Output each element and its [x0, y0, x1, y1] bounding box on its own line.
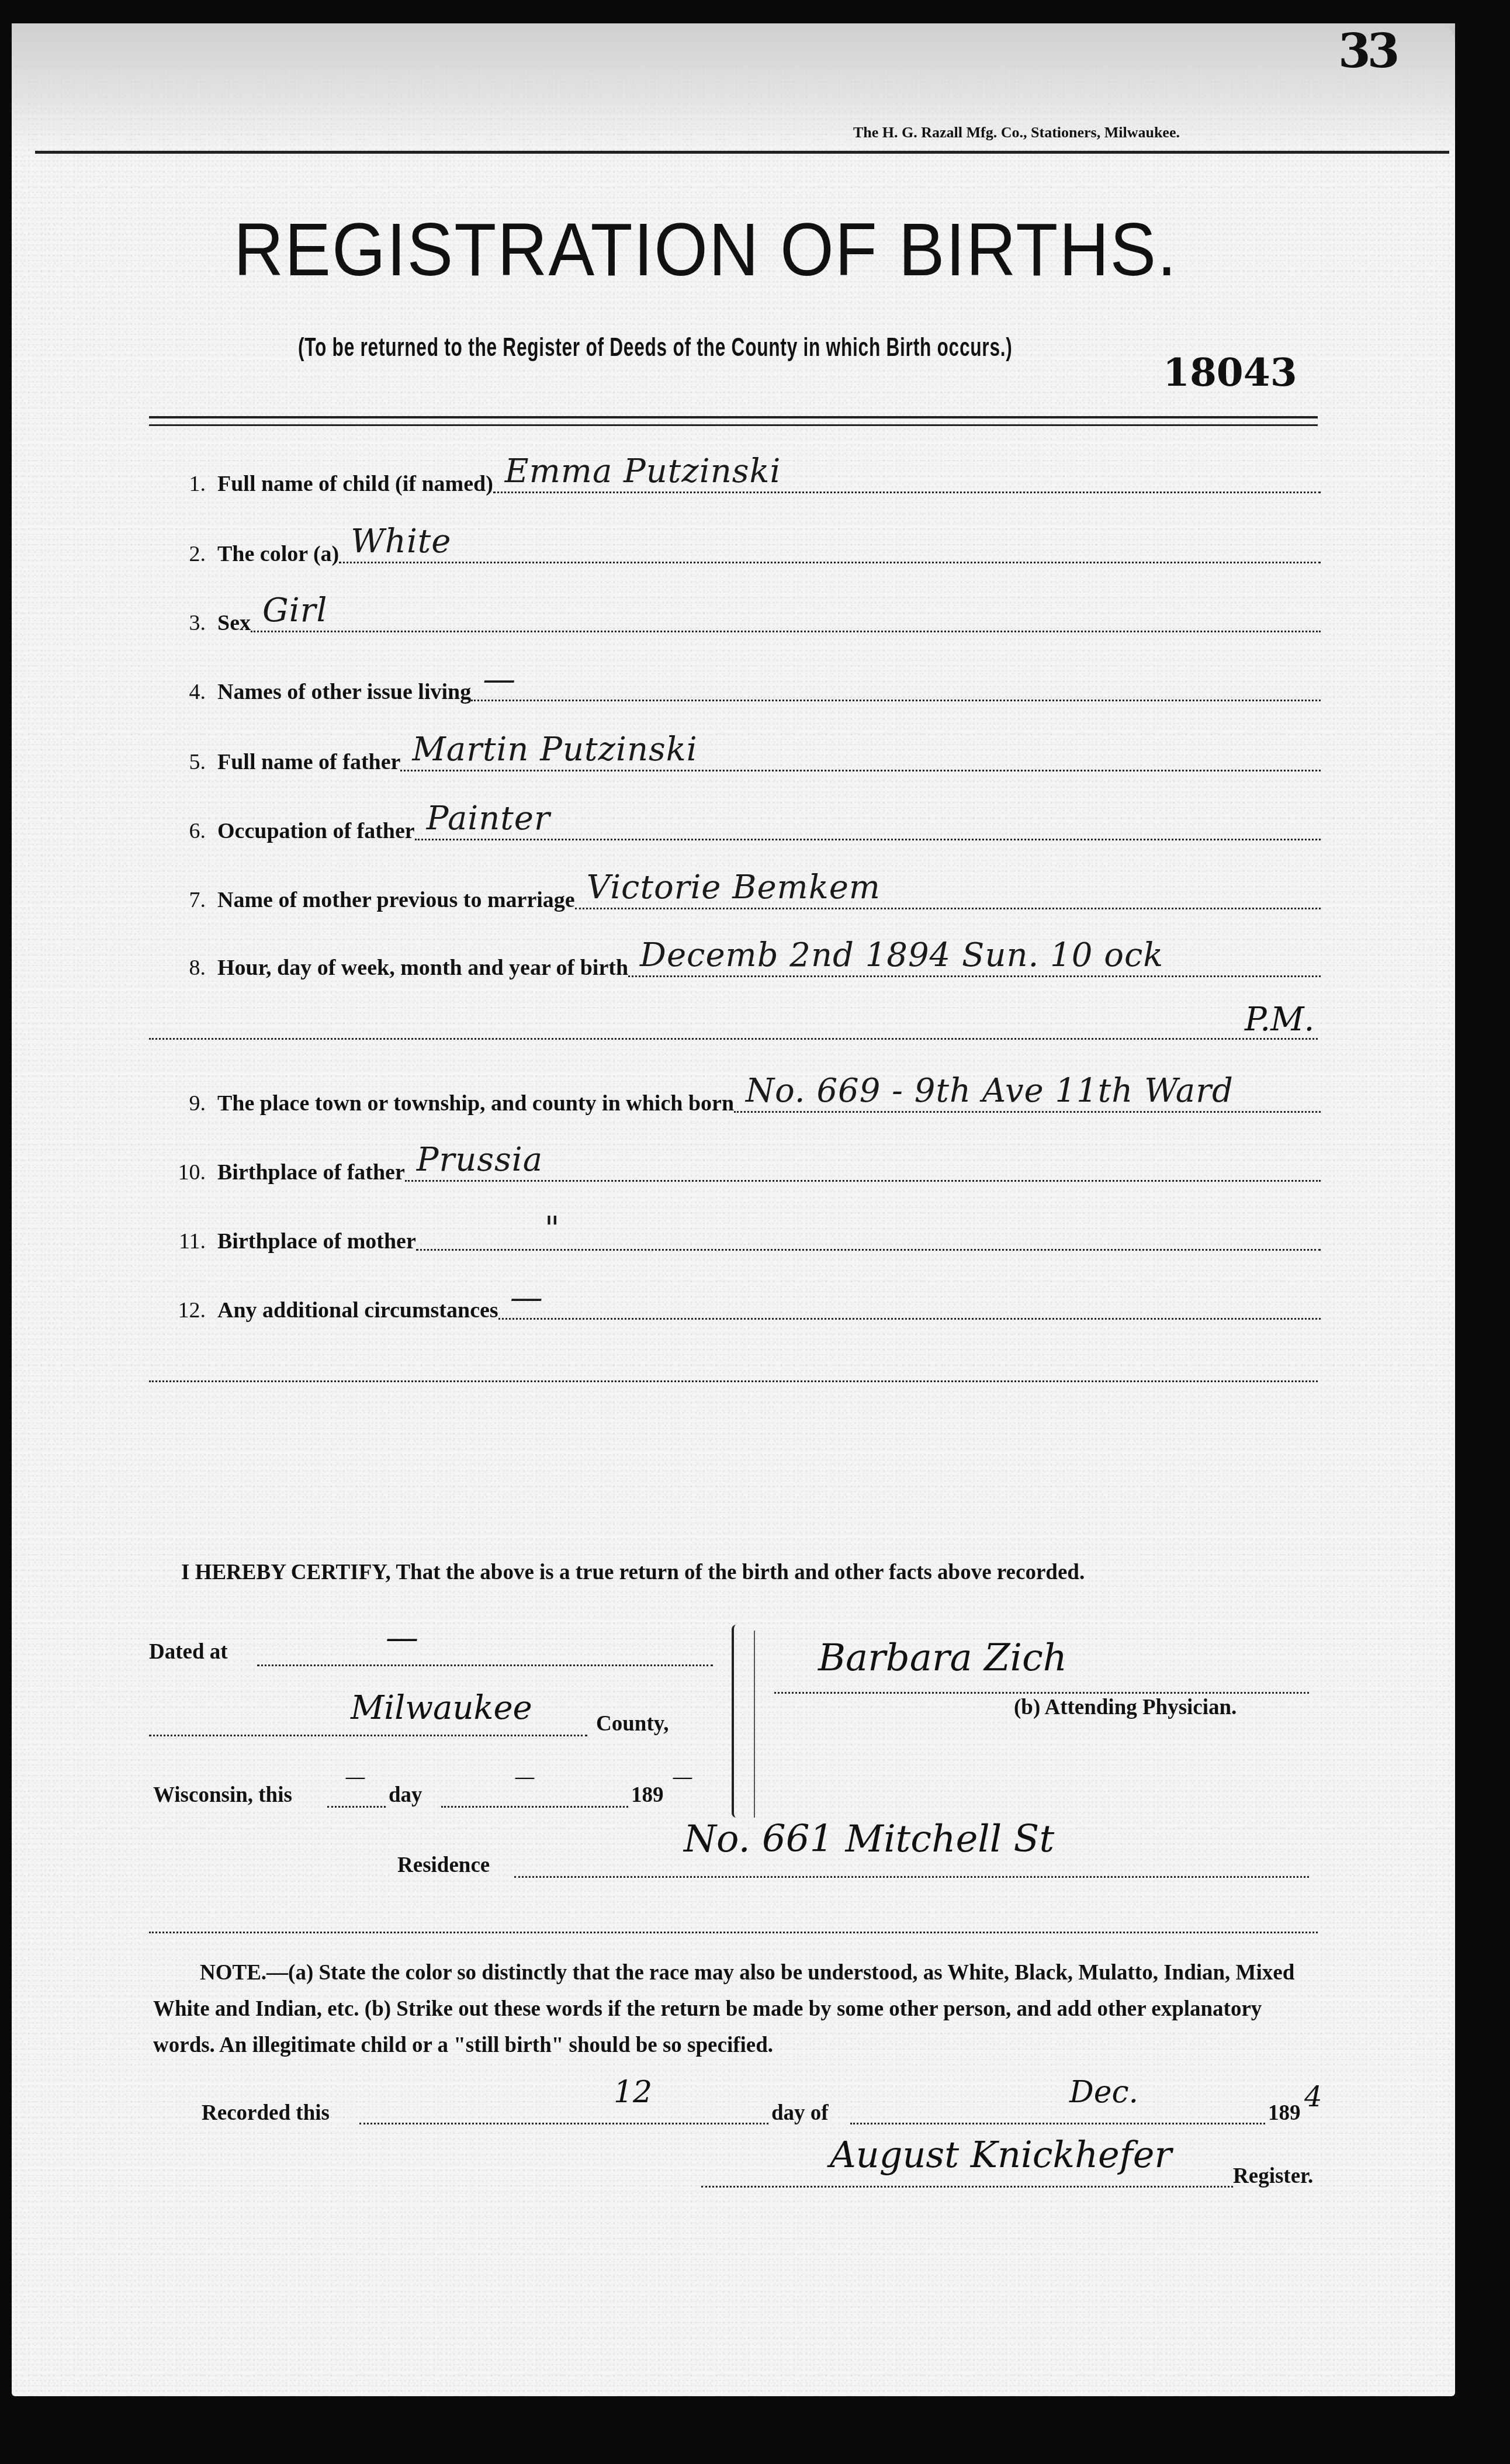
field-value: Victorie Bemkem — [587, 868, 881, 906]
field-father-birthplace: 10. Birthplace of father Prussia — [158, 1150, 1321, 1185]
field-number: 11. — [158, 1228, 217, 1254]
field-label: Sex — [217, 610, 251, 636]
field-value: Martin Putzinski — [412, 731, 697, 769]
field-sex: 3. Sex Girl — [158, 601, 1321, 636]
day-line — [327, 1806, 386, 1808]
physician-signature: Barbara Zich — [818, 1636, 1067, 1680]
form-title: REGISTRATION OF BIRTHS. — [234, 207, 1177, 293]
wisconsin-label: Wisconsin, this — [153, 1783, 292, 1808]
field-color: 2. The color (a) White — [158, 532, 1321, 567]
title-rule-2 — [149, 424, 1318, 426]
field-value: — — [483, 660, 516, 698]
field-value: Decemb 2nd 1894 Sun. 10 ock — [640, 936, 1163, 974]
field-child-name: 1. Full name of child (if named) Emma Pu… — [158, 462, 1321, 497]
residence-label: Residence — [397, 1853, 490, 1878]
field-value: " — [545, 1210, 560, 1248]
field-father-occupation: 6. Occupation of father Painter — [158, 809, 1321, 844]
field-label: Hour, day of week, month and year of bir… — [217, 955, 628, 981]
page-number: 33 — [1338, 23, 1396, 78]
field-number: 7. — [158, 887, 217, 913]
field-label: Full name of father — [217, 749, 400, 775]
day-value: — — [345, 1765, 366, 1789]
year-suffix: — — [672, 1765, 693, 1789]
county-line — [149, 1735, 587, 1736]
brace — [732, 1625, 742, 1818]
field-label: Full name of child (if named) — [217, 471, 493, 497]
form-subtitle: (To be returned to the Register of Deeds… — [298, 333, 1013, 362]
field-number: 6. — [158, 818, 217, 844]
certificate-number: 18043 — [1163, 349, 1297, 395]
header-rule — [35, 151, 1449, 154]
field-value: No. 669 - 9th Ave 11th Ward — [746, 1072, 1234, 1110]
dated-at-value: — — [386, 1619, 418, 1657]
county-value: Milwaukee — [351, 1689, 532, 1727]
residence-value: No. 661 Mitchell St — [684, 1818, 1054, 1861]
additional-circumstances-line — [149, 1380, 1318, 1382]
month-value: — — [514, 1765, 535, 1789]
residence-line — [514, 1876, 1309, 1878]
day-of-label: day of — [771, 2100, 829, 2126]
register-signature-line — [701, 2186, 1233, 2188]
dated-at-line — [257, 1664, 713, 1666]
field-number: 9. — [158, 1091, 217, 1116]
field-number: 1. — [158, 471, 217, 497]
field-value: Emma Putzinski — [505, 452, 781, 490]
year-prefix: 189 — [631, 1783, 664, 1808]
field-number: 10. — [158, 1160, 217, 1185]
physician-signature-line — [774, 1692, 1309, 1694]
birth-time-continuation: P.M. — [1245, 1001, 1314, 1039]
scan-shadow — [12, 23, 1455, 152]
recorded-day-value: 12 — [614, 2075, 652, 2110]
register-label: Register. — [1233, 2164, 1313, 2189]
recorded-month-value: Dec. — [1069, 2075, 1138, 2110]
field-label: Birthplace of father — [217, 1160, 405, 1185]
dated-at-label: Dated at — [149, 1639, 228, 1664]
county-label: County, — [596, 1711, 669, 1736]
physician-label: (b) Attending Physician. — [1014, 1695, 1237, 1720]
field-label: Occupation of father — [217, 818, 415, 844]
day-label: day — [389, 1783, 422, 1808]
field-number: 5. — [158, 749, 217, 775]
field-label: Birthplace of mother — [217, 1228, 416, 1254]
field-mother-birthplace: 11. Birthplace of mother " — [158, 1219, 1321, 1254]
field-value: Girl — [262, 591, 327, 629]
recorded-year-prefix: 189 — [1268, 2100, 1301, 2126]
certification-text: I HEREBY CERTIFY, That the above is a tr… — [149, 1555, 1312, 1591]
recorded-day-line — [359, 2123, 768, 2124]
field-label: Names of other issue living — [217, 679, 471, 705]
separator-line — [149, 1932, 1318, 1933]
field-value: Painter — [427, 800, 550, 838]
field-mother-maiden-name: 7. Name of mother previous to marriage V… — [158, 878, 1321, 913]
field-value: White — [351, 522, 451, 560]
field-birth-time: 8. Hour, day of week, month and year of … — [158, 946, 1321, 981]
recorded-month-line — [850, 2123, 1265, 2124]
field-number: 8. — [158, 955, 217, 981]
field-label: Name of mother previous to marriage — [217, 887, 575, 913]
recorded-label: Recorded this — [202, 2100, 330, 2126]
field-label: The place town or township, and county i… — [217, 1091, 734, 1116]
divider-line — [754, 1631, 755, 1818]
month-line — [441, 1806, 628, 1808]
field-birth-place: 9. The place town or township, and count… — [158, 1081, 1321, 1116]
field-number: 3. — [158, 610, 217, 636]
birth-time-continuation-line — [149, 1038, 1318, 1040]
field-label: Any additional circumstances — [217, 1297, 498, 1323]
field-other-issue: 4. Names of other issue living — — [158, 670, 1321, 705]
field-father-name: 5. Full name of father Martin Putzinski — [158, 740, 1321, 775]
note-text: NOTE.—(a) State the color so distinctly … — [153, 1955, 1316, 2064]
stationer-imprint: The H. G. Razall Mfg. Co., Stationers, M… — [853, 124, 1180, 141]
field-value: Prussia — [417, 1141, 543, 1179]
field-value: — — [510, 1279, 543, 1317]
field-additional-circumstances: 12. Any additional circumstances — — [158, 1288, 1321, 1323]
field-number: 12. — [158, 1297, 217, 1323]
title-rule-1 — [149, 416, 1318, 418]
register-signature: August Knickhefer — [830, 2133, 1172, 2176]
field-number: 2. — [158, 541, 217, 567]
recorded-year-suffix: 4 — [1304, 2081, 1322, 2113]
field-label: The color (a) — [217, 541, 339, 567]
field-number: 4. — [158, 679, 217, 705]
